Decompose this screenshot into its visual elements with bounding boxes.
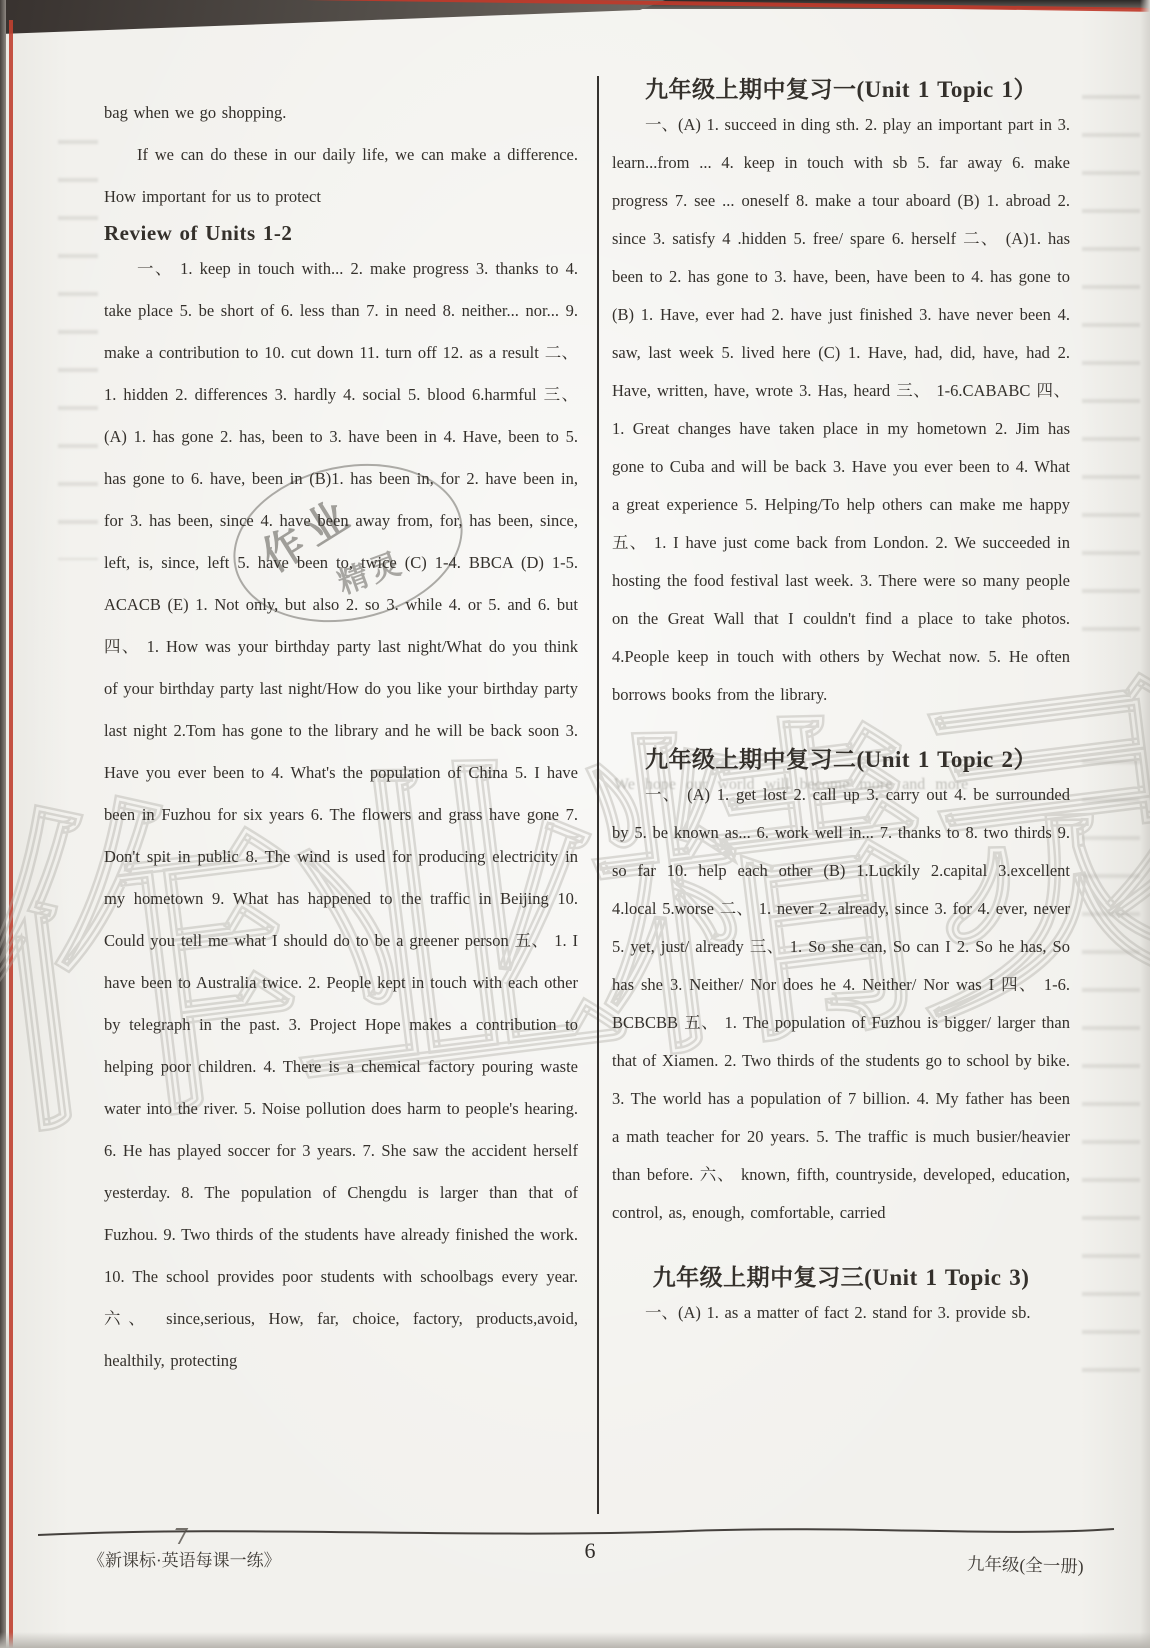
- bleed-through-text-left: [58, 140, 98, 560]
- right-column: 九年级上期中复习一(Unit 1 Topic 1） 一、(A) 1. succe…: [612, 74, 1070, 1332]
- answers-review-units: 一、 1. keep in touch with... 2. make prog…: [104, 248, 578, 1382]
- red-margin-line-left: [9, 20, 13, 1648]
- continuation-line: bag when we go shopping.: [104, 92, 578, 134]
- answers-midterm-review-1: 一、(A) 1. succeed in ding sth. 2. play an…: [612, 106, 1070, 714]
- answers-midterm-review-2: 一、 (A) 1. get lost 2. call up 3. carry o…: [612, 776, 1070, 1232]
- section-heading-midterm-review-2: 九年级上期中复习二(Unit 1 Topic 2）: [612, 744, 1070, 776]
- scanned-workbook-page: We hope our world will become more and m…: [0, 0, 1150, 1648]
- closing-paragraph: If we can do these in our daily life, we…: [104, 134, 578, 218]
- section-heading-midterm-review-3: 九年级上期中复习三(Unit 1 Topic 3): [612, 1262, 1070, 1294]
- scan-edge-bottom: [0, 1632, 1150, 1648]
- scan-edge-wedge: [0, 0, 665, 36]
- scan-edge-left: [0, 0, 6, 1648]
- left-column: bag when we go shopping. If we can do th…: [104, 92, 578, 1382]
- scan-edge-right: [1140, 0, 1150, 1648]
- bleed-through-text-right-top: [1082, 95, 1140, 655]
- section-heading-midterm-review-1: 九年级上期中复习一(Unit 1 Topic 1）: [612, 74, 1070, 106]
- section-heading-review-units: Review of Units 1-2: [104, 218, 578, 248]
- footer-edition: 九年级(全一册): [967, 1551, 1084, 1579]
- column-divider-rule: [597, 76, 599, 1514]
- bleed-through-text-right-bottom: [1082, 760, 1140, 1380]
- answers-midterm-review-3: 一、(A) 1. as a matter of fact 2. stand fo…: [612, 1294, 1070, 1332]
